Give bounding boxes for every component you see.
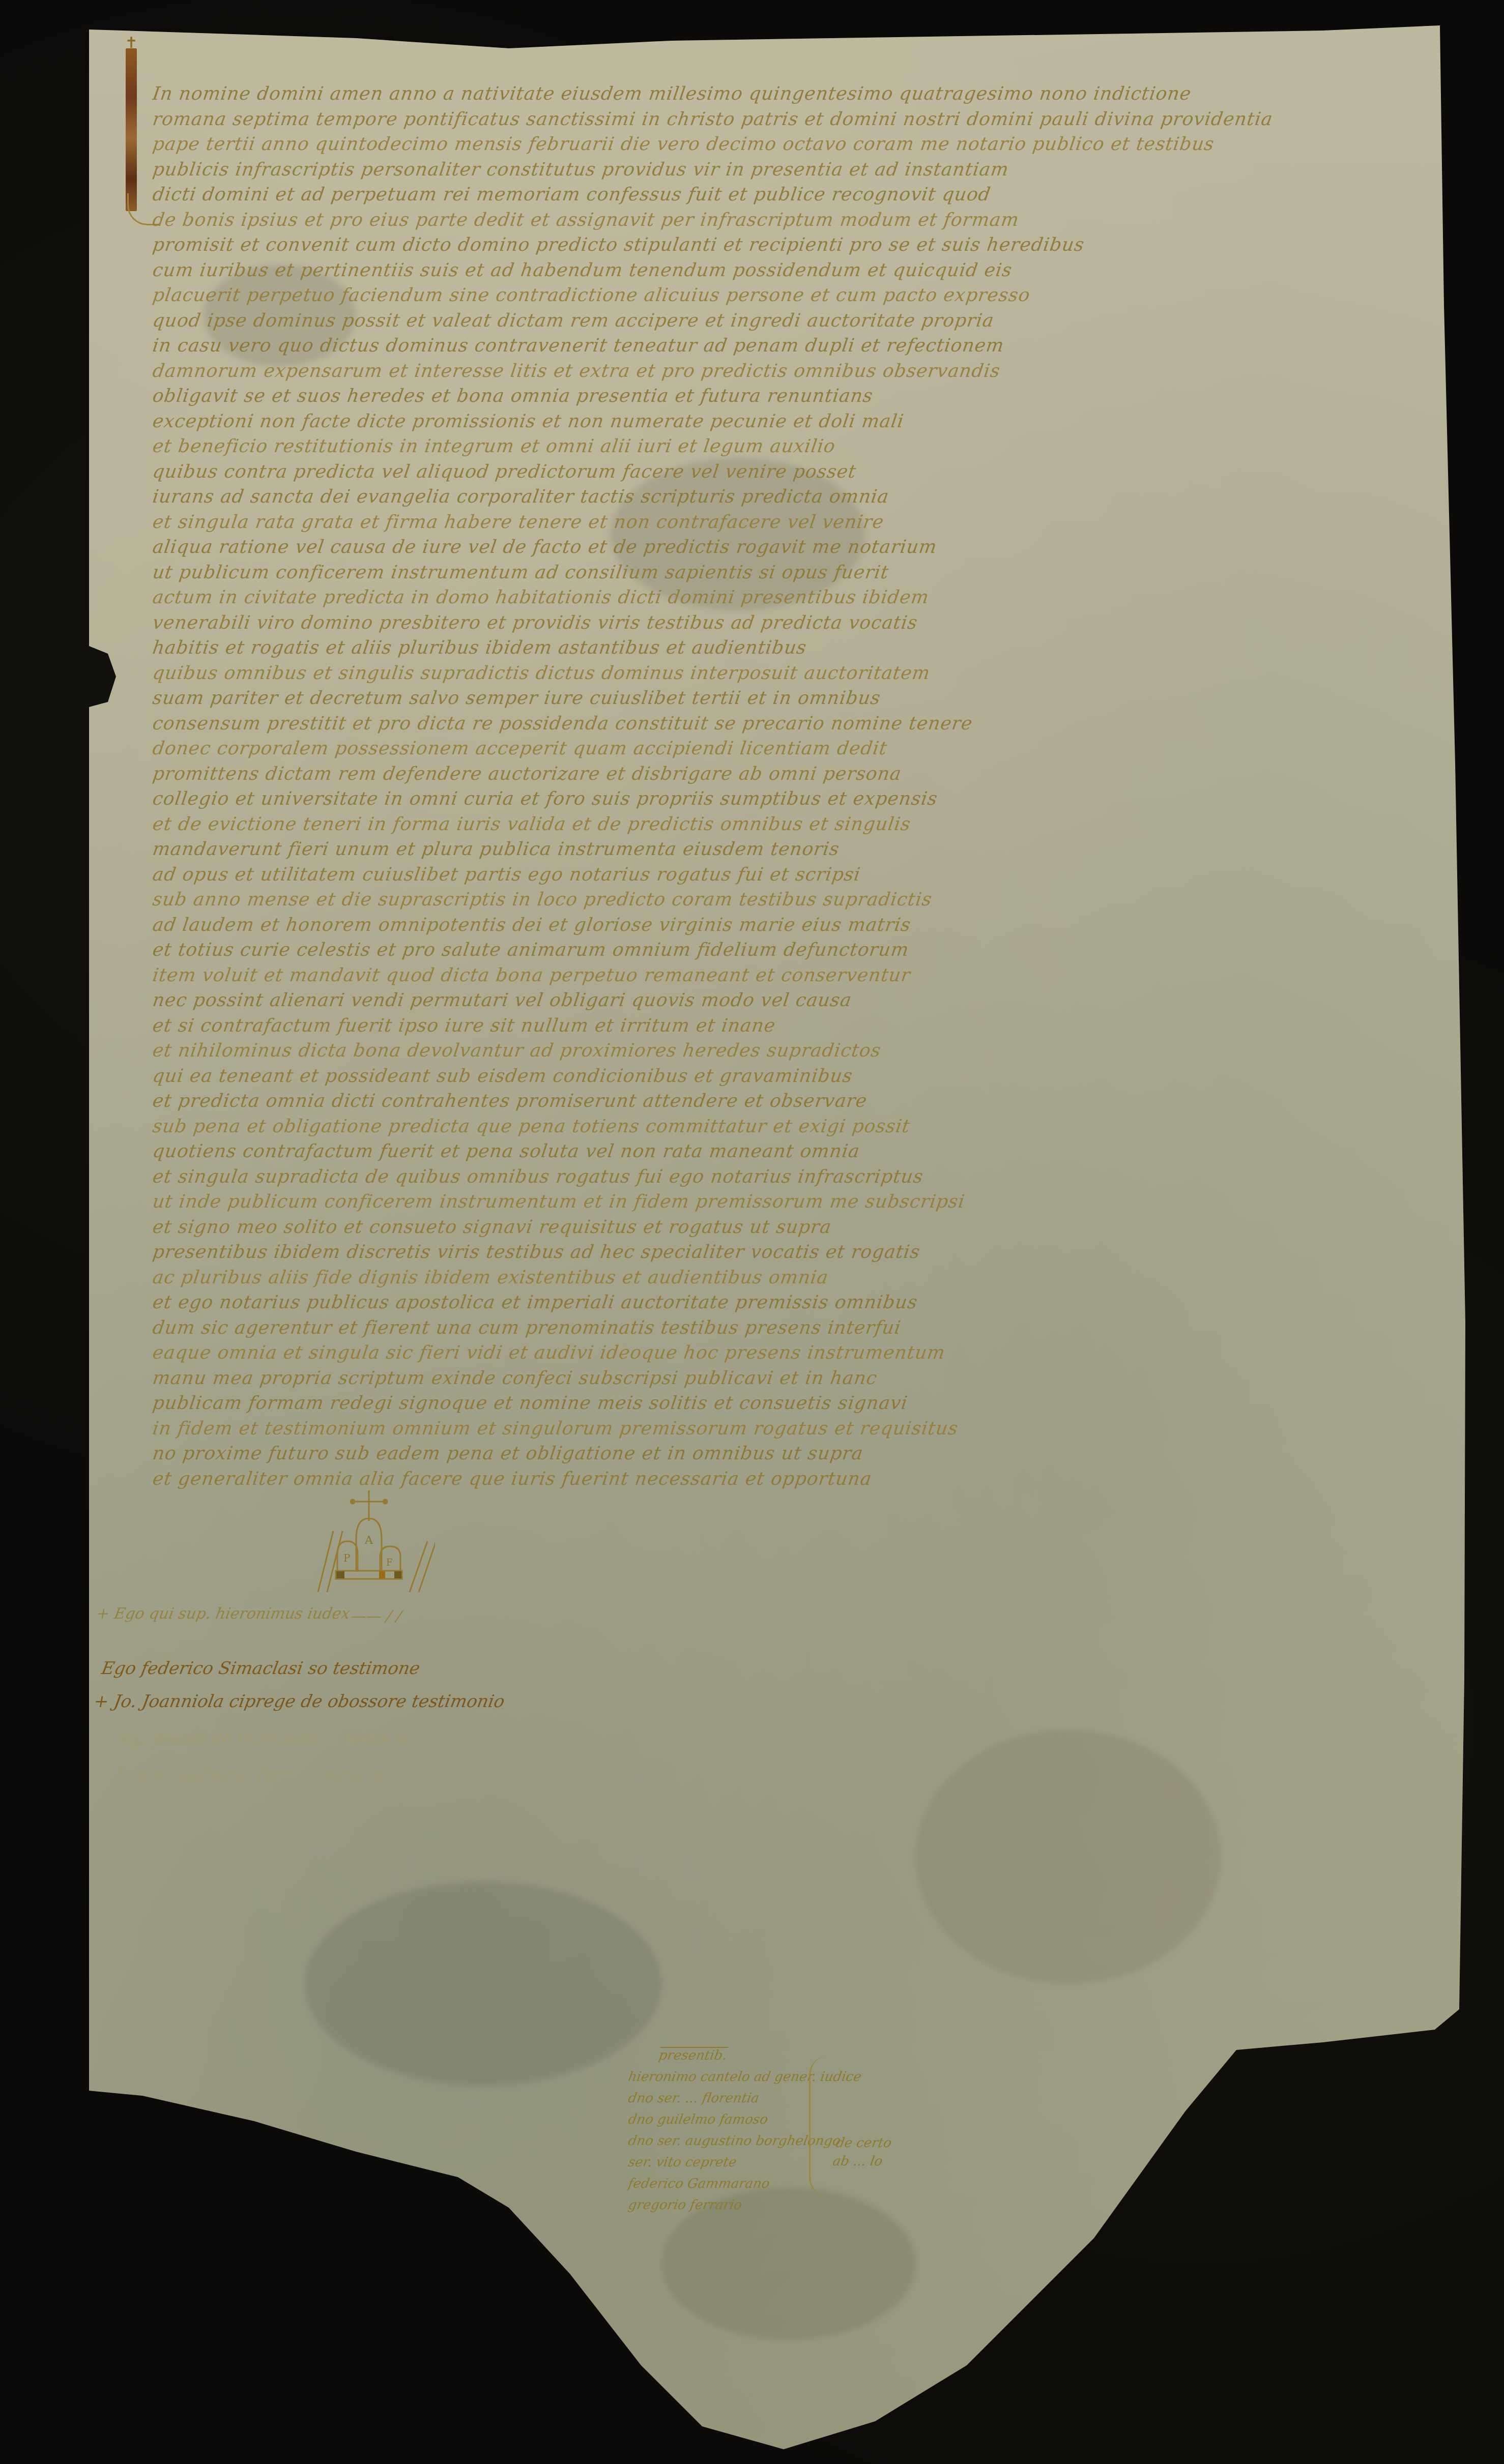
witness-name: federico Gammarano <box>626 2173 935 2194</box>
text-line: presentibus ibidem discretis viris testi… <box>151 1240 1447 1265</box>
text-line: romana septima tempore pontificatus sanc… <box>151 107 1447 132</box>
text-line: ad opus et utilitatem cuiuslibet partis … <box>151 862 1447 888</box>
text-line: ut inde publicum conficerem instrumentum… <box>151 1189 1447 1215</box>
text-line: publicis infrascriptis personaliter cons… <box>151 157 1447 183</box>
text-line: publicam formam redegi signoque et nomin… <box>151 1391 1447 1416</box>
stain <box>916 1729 1221 1984</box>
text-line: aliqua ratione vel causa de iure vel de … <box>151 535 1447 560</box>
document-body: In nomine domini amen anno a nativitate … <box>153 81 1445 1491</box>
witness-subscription: Ego federico Simaclasi so testimone <box>100 1658 421 1679</box>
text-line: ac pluribus aliis fide dignis ibidem exi… <box>151 1265 1447 1290</box>
text-line: promittens dictam rem defendere auctoriz… <box>151 761 1447 787</box>
text-line: collegio et universitate in omni curia e… <box>151 786 1447 812</box>
text-line: eaque omnia et singula sic fieri vidi et… <box>151 1340 1447 1366</box>
text-line: quibus contra predicta vel aliquod predi… <box>151 459 1447 485</box>
text-line: ad laudem et honorem omnipotentis dei et… <box>151 913 1447 938</box>
svg-text:P: P <box>343 1552 350 1564</box>
text-line: quod ipse dominus possit et valeat dicta… <box>151 308 1447 334</box>
text-line: in fidem et testimonium omnium et singul… <box>151 1416 1447 1442</box>
svg-text:A: A <box>364 1534 373 1547</box>
brace-icon <box>809 2055 841 2197</box>
text-line: promisit et convenit cum dicto domino pr… <box>151 232 1447 258</box>
brace-note-line: ab ... lo <box>831 2152 890 2170</box>
witness-list: presentib. hieronimo cantelo ad gener. i… <box>628 2045 934 2216</box>
text-line: damnorum expensarum et interesse litis e… <box>151 359 1447 384</box>
witness-subscription-faded: Io don guilielmo Forzi... testis qui ... <box>115 1765 417 1784</box>
text-line: et totius curie celestis et pro salute a… <box>151 937 1447 963</box>
brace-note-line: de certo <box>834 2134 893 2152</box>
witness-list-heading: presentib. <box>626 2045 935 2066</box>
text-line: et de evictione teneri in forma iuris va… <box>151 812 1447 837</box>
text-line: et beneficio restitutionis in integrum e… <box>151 434 1447 459</box>
subscription-trail: —— / / <box>350 1607 403 1625</box>
text-line: iurans ad sancta dei evangelia corporali… <box>151 484 1447 510</box>
witness-name: gregorio ferrario <box>626 2194 935 2216</box>
text-line: consensum prestitit et pro dicta re poss… <box>151 711 1447 737</box>
text-line: qui ea teneant et possideant sub eisdem … <box>151 1064 1447 1089</box>
text-line: et singula supradicta de quibus omnibus … <box>151 1164 1447 1190</box>
text-line: exceptioni non facte dicte promissionis … <box>151 409 1447 434</box>
text-line: donec corporalem possessionem acceperit … <box>151 736 1447 761</box>
text-line: et nihilominus dicta bona devolvantur ad… <box>151 1038 1447 1064</box>
text-line: et predicta omnia dicti contrahentes pro… <box>151 1089 1447 1114</box>
text-line: sub anno mense et die suprascriptis in l… <box>151 887 1447 913</box>
witness-name: dno ser. ... florentia <box>626 2088 935 2109</box>
text-line: dum sic agerentur et fierent una cum pre… <box>151 1315 1447 1341</box>
text-line: obligavit se et suos heredes et bona omn… <box>151 384 1447 409</box>
text-line: dicti domini et ad perpetuam rei memoria… <box>151 182 1447 208</box>
text-line: venerabili viro domino presbitero et pro… <box>151 610 1447 636</box>
text-line: item voluit et mandavit quod dicta bona … <box>151 963 1447 988</box>
brace-note: de certo ab ... lo <box>831 2134 893 2170</box>
text-line: et signo meo solito et consueto signavi … <box>151 1215 1447 1240</box>
text-line: suam pariter et decretum salvo semper iu… <box>151 686 1447 711</box>
text-line: et singula rata grata et firma habere te… <box>151 510 1447 535</box>
witness-subscription: + Jo. Joanniola ciprege de obossore test… <box>92 1691 506 1712</box>
text-line: actum in civitate predicta in domo habit… <box>151 585 1447 610</box>
text-line: In nomine domini amen anno a nativitate … <box>151 81 1447 107</box>
notarial-signum-icon: A P F <box>303 1490 435 1607</box>
stain <box>305 1882 661 2086</box>
witness-subscription-faded: Sig. Joanni de Furranedo... testis se. <box>115 1729 419 1749</box>
text-line: et si contrafactum fuerit ipso iure sit … <box>151 1013 1447 1039</box>
text-line: quibus omnibus et singulis supradictis d… <box>151 661 1447 686</box>
illuminated-initial-i <box>126 48 137 211</box>
text-line: manu mea propria scriptum exinde confeci… <box>151 1366 1447 1391</box>
witness-name: dno guilelmo famoso <box>626 2109 935 2130</box>
text-line: sub pena et obligatione predicta que pen… <box>151 1114 1447 1139</box>
text-line: placuerit perpetuo faciendum sine contra… <box>151 283 1447 308</box>
text-line: et generaliter omnia alia facere que iur… <box>151 1466 1447 1492</box>
text-line: et ego notarius publicus apostolica et i… <box>151 1290 1447 1315</box>
text-line: no proxime futuro sub eadem pena et obli… <box>151 1441 1447 1466</box>
notary-subscription: + Ego qui sup. hieronimus iudex <box>95 1605 352 1623</box>
text-line: de bonis ipsius et pro eius parte dedit … <box>151 208 1447 233</box>
text-line: mandaverunt fieri unum et plura publica … <box>151 837 1447 862</box>
text-line: pape tertii anno quintodecimo mensis feb… <box>151 132 1447 157</box>
text-line: cum iuribus et pertinentiis suis et ad h… <box>151 258 1447 283</box>
text-line: habitis et rogatis et aliis pluribus ibi… <box>151 635 1447 661</box>
text-line: in casu vero quo dictus dominus contrave… <box>151 333 1447 359</box>
text-line: quotiens contrafactum fuerit et pena sol… <box>151 1139 1447 1164</box>
text-line: nec possint alienari vendi permutari vel… <box>151 988 1447 1013</box>
witness-name: hieronimo cantelo ad gener. iudice <box>626 2066 935 2088</box>
text-line: ut publicum conficerem instrumentum ad c… <box>151 560 1447 585</box>
svg-text:F: F <box>386 1558 393 1568</box>
